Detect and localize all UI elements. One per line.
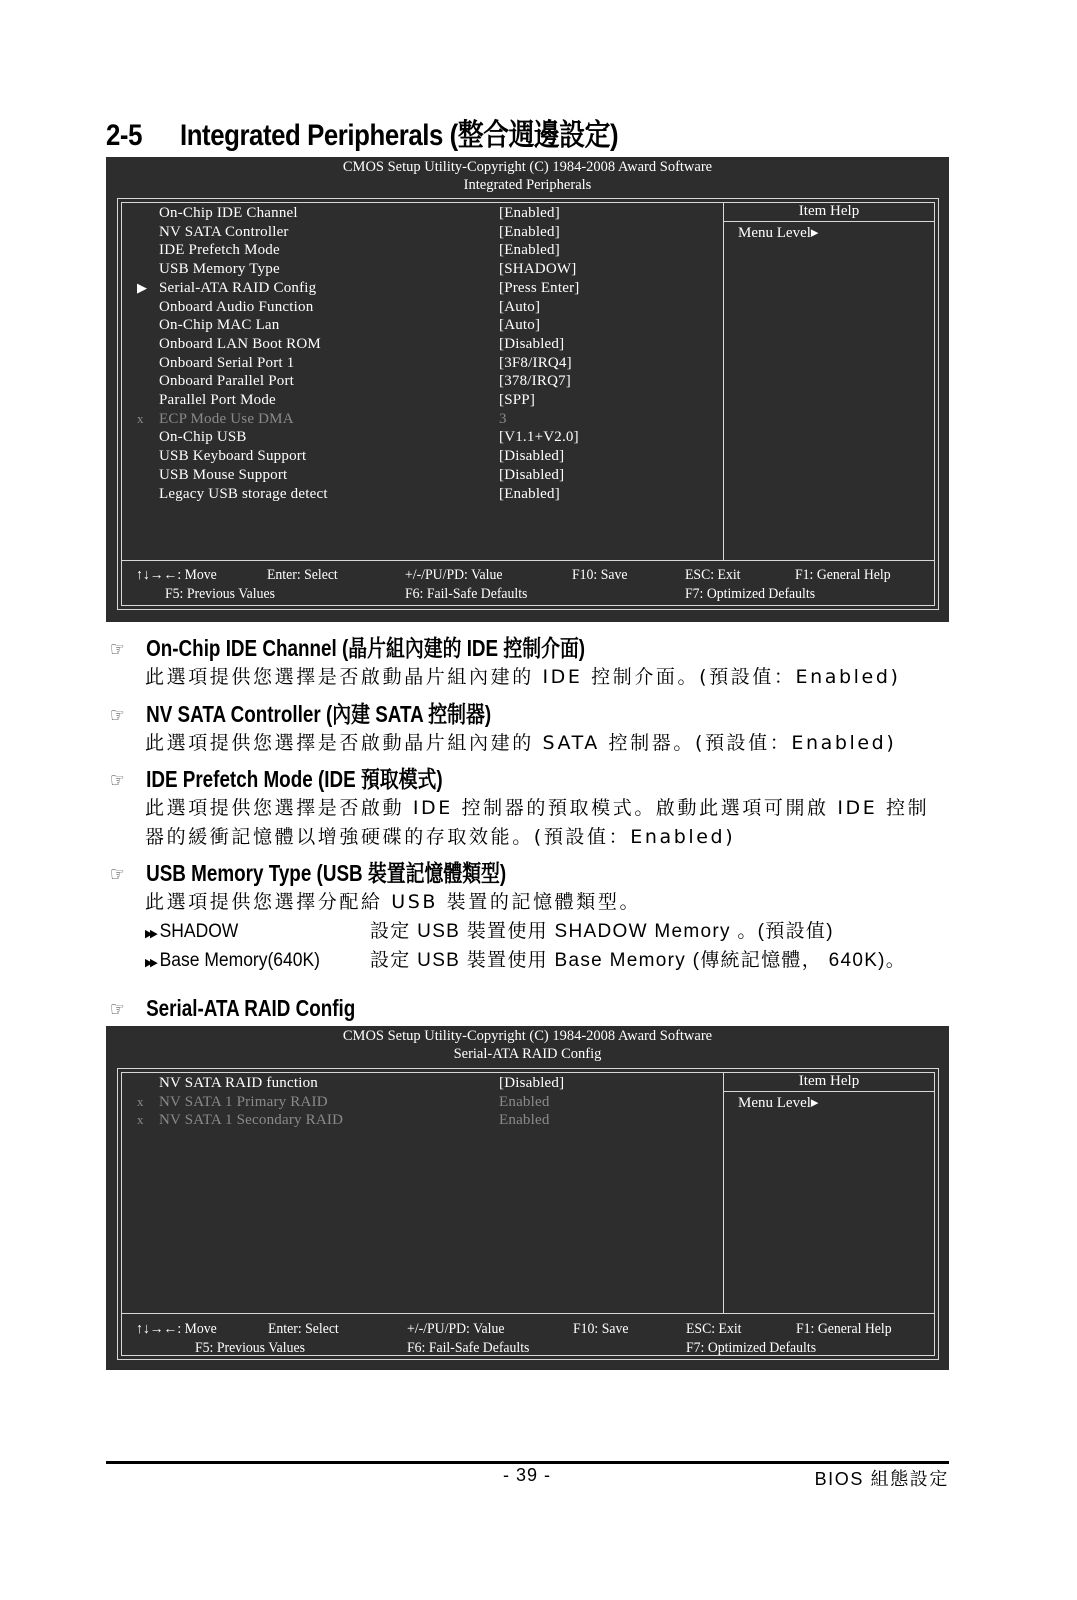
setting-value[interactable]: [Enabled] — [499, 241, 560, 259]
key-fail-safe: F6: Fail-Safe Defaults — [407, 1340, 529, 1357]
setting-value[interactable]: [Auto] — [499, 298, 540, 316]
bios-copyright: CMOS Setup Utility-Copyright (C) 1984-20… — [106, 158, 949, 176]
help-title-rule — [724, 1091, 934, 1092]
help-title-rule — [724, 221, 934, 222]
setting-label: USB Keyboard Support — [159, 447, 306, 465]
bios-setting-row[interactable]: IDE Prefetch Mode[Enabled] — [122, 241, 720, 260]
option-base-memory: ▶▶Base Memory(640K)設定 USB 裝置使用 Base Memo… — [145, 945, 906, 972]
bios-setting-row: xNV SATA 1 Secondary RAIDEnabled — [122, 1111, 720, 1130]
section-heading-nv-sata: ☞NV SATA Controller (內建 SATA 控制器) — [110, 696, 491, 729]
bios-setting-row[interactable]: Parallel Port Mode[SPP] — [122, 391, 720, 410]
bios-setting-row[interactable]: USB Keyboard Support[Disabled] — [122, 447, 720, 466]
setting-value[interactable]: [Enabled] — [499, 223, 560, 241]
hand-pointer-icon: ☞ — [110, 997, 146, 1022]
setting-label: USB Mouse Support — [159, 466, 287, 484]
setting-value[interactable]: [Disabled] — [499, 447, 564, 465]
setting-value[interactable]: [Enabled] — [499, 485, 560, 503]
disabled-marker: x — [137, 410, 149, 428]
bios-frame: Item Help Menu Level▸ NV SATA RAID funct… — [117, 1068, 939, 1360]
hand-pointer-icon: ☞ — [110, 862, 146, 887]
section-heading-ide-prefetch: ☞IDE Prefetch Mode (IDE 預取模式) — [110, 761, 443, 794]
bios-setting-row[interactable]: On-Chip USB[V1.1+V2.0] — [122, 428, 720, 447]
setting-label: ECP Mode Use DMA — [159, 410, 294, 428]
section-body-ide-prefetch-line2: 器的緩衝記憶體以增強硬碟的存取效能。(預設值：Enabled) — [145, 822, 735, 849]
key-move: ↑↓→←: Move — [136, 1321, 217, 1338]
key-value: +/-/PU/PD: Value — [405, 567, 502, 584]
setting-value[interactable]: [378/IRQ7] — [499, 372, 571, 390]
hand-pointer-icon: ☞ — [110, 637, 146, 662]
double-arrow-icon: ▶▶ — [145, 928, 155, 940]
setting-label: Onboard Serial Port 1 — [159, 354, 294, 372]
double-arrow-icon: ▶▶ — [145, 957, 155, 969]
setting-value: Enabled — [499, 1111, 550, 1129]
bios-inner-frame: Item Help Menu Level▸ On-Chip IDE Channe… — [121, 202, 935, 606]
key-value: +/-/PU/PD: Value — [407, 1321, 504, 1338]
submenu-arrow-icon: ▶ — [137, 279, 149, 297]
section-heading-usb-memory: ☞USB Memory Type (USB 裝置記憶體類型) — [110, 855, 506, 888]
key-save: F10: Save — [573, 1321, 628, 1338]
setting-label: Legacy USB storage detect — [159, 485, 328, 503]
keys-divider — [122, 560, 934, 561]
setting-label: NV SATA 1 Secondary RAID — [159, 1111, 343, 1129]
hand-pointer-icon: ☞ — [110, 768, 146, 793]
bios-screen-sata-raid: CMOS Setup Utility-Copyright (C) 1984-20… — [106, 1026, 949, 1370]
key-exit: ESC: Exit — [685, 567, 741, 584]
bios-setting-row[interactable]: Legacy USB storage detect[Enabled] — [122, 485, 720, 504]
setting-label: Serial-ATA RAID Config — [159, 279, 316, 297]
setting-label: Onboard Audio Function — [159, 298, 313, 316]
bios-setting-row[interactable]: Onboard LAN Boot ROM[Disabled] — [122, 335, 720, 354]
help-divider — [723, 203, 724, 560]
setting-label: NV SATA RAID function — [159, 1074, 318, 1092]
section-title: Integrated Peripherals (整合週邊設定) — [180, 119, 618, 152]
setting-value[interactable]: [Disabled] — [499, 1074, 564, 1092]
bios-setting-row[interactable]: NV SATA Controller[Enabled] — [122, 223, 720, 242]
bios-setting-row[interactable]: NV SATA RAID function[Disabled] — [122, 1074, 720, 1093]
key-select: Enter: Select — [268, 1321, 339, 1338]
section-heading-onchip-ide: ☞On-Chip IDE Channel (晶片組內建的 IDE 控制介面) — [110, 630, 585, 663]
setting-value[interactable]: [Enabled] — [499, 204, 560, 222]
setting-value[interactable]: [Disabled] — [499, 466, 564, 484]
bios-frame: Item Help Menu Level▸ On-Chip IDE Channe… — [117, 198, 939, 610]
section-body-nv-sata: 此選項提供您選擇是否啟動晶片組內建的 SATA 控制器。(預設值：Enabled… — [145, 728, 896, 755]
key-select: Enter: Select — [267, 567, 338, 584]
section-body-onchip-ide: 此選項提供您選擇是否啟動晶片組內建的 IDE 控制介面。(預設值：Enabled… — [145, 662, 901, 689]
bios-setting-row[interactable]: On-Chip MAC Lan[Auto] — [122, 316, 720, 335]
page-title: 2-5Integrated Peripherals (整合週邊設定) — [106, 110, 618, 154]
bios-setting-row[interactable]: Onboard Audio Function[Auto] — [122, 298, 720, 317]
bios-setting-row[interactable]: USB Memory Type[SHADOW] — [122, 260, 720, 279]
setting-label: USB Memory Type — [159, 260, 280, 278]
bios-screen-integrated-peripherals: CMOS Setup Utility-Copyright (C) 1984-20… — [106, 157, 949, 622]
key-general-help: F1: General Help — [795, 567, 891, 584]
hand-pointer-icon: ☞ — [110, 703, 146, 728]
bios-setting-row[interactable]: On-Chip IDE Channel[Enabled] — [122, 204, 720, 223]
key-move: ↑↓→←: Move — [136, 567, 217, 584]
help-divider — [723, 1073, 724, 1313]
key-optimized: F7: Optimized Defaults — [685, 586, 815, 603]
disabled-marker: x — [137, 1111, 149, 1129]
key-save: F10: Save — [572, 567, 627, 584]
setting-label: Onboard Parallel Port — [159, 372, 294, 390]
bios-header: CMOS Setup Utility-Copyright (C) 1984-20… — [106, 1026, 949, 1063]
setting-value: 3 — [499, 410, 507, 428]
setting-label: NV SATA Controller — [159, 223, 289, 241]
menu-level: Menu Level▸ — [738, 223, 818, 242]
setting-value[interactable]: [V1.1+V2.0] — [499, 428, 579, 446]
item-help-title: Item Help — [724, 203, 934, 220]
setting-value[interactable]: [SHADOW] — [499, 260, 576, 278]
section-body-ide-prefetch-line1: 此選項提供您選擇是否啟動 IDE 控制器的預取模式。啟動此選項可開啟 IDE 控… — [145, 793, 929, 820]
setting-value[interactable]: [Press Enter] — [499, 279, 580, 297]
disabled-marker: x — [137, 1093, 149, 1111]
key-previous-values: F5: Previous Values — [195, 1340, 305, 1357]
page-number: - 39 - — [503, 1465, 551, 1486]
key-optimized: F7: Optimized Defaults — [686, 1340, 816, 1357]
key-fail-safe: F6: Fail-Safe Defaults — [405, 586, 527, 603]
bios-screen-title: Serial-ATA RAID Config — [106, 1045, 949, 1063]
setting-label: On-Chip USB — [159, 428, 247, 446]
bios-setting-row: xECP Mode Use DMA3 — [122, 410, 720, 429]
option-shadow: ▶▶SHADOW設定 USB 裝置使用 SHADOW Memory 。(預設值) — [145, 916, 834, 943]
bios-setting-row[interactable]: USB Mouse Support[Disabled] — [122, 466, 720, 485]
setting-value[interactable]: [SPP] — [499, 391, 535, 409]
setting-label: Parallel Port Mode — [159, 391, 276, 409]
item-help-title: Item Help — [724, 1073, 934, 1090]
setting-label: NV SATA 1 Primary RAID — [159, 1093, 328, 1111]
key-exit: ESC: Exit — [686, 1321, 742, 1338]
key-general-help: F1: General Help — [796, 1321, 892, 1338]
bios-setting-row[interactable]: ▶Serial-ATA RAID Config[Press Enter] — [122, 279, 720, 298]
footer-rule — [106, 1461, 949, 1464]
section-number: 2-5 — [106, 119, 180, 153]
bios-copyright: CMOS Setup Utility-Copyright (C) 1984-20… — [106, 1027, 949, 1045]
menu-level: Menu Level▸ — [738, 1093, 818, 1112]
bios-inner-frame: Item Help Menu Level▸ NV SATA RAID funct… — [121, 1072, 935, 1356]
setting-label: On-Chip IDE Channel — [159, 204, 298, 222]
setting-value[interactable]: [Disabled] — [499, 335, 564, 353]
bios-setting-row[interactable]: Onboard Parallel Port[378/IRQ7] — [122, 372, 720, 391]
setting-value[interactable]: [3F8/IRQ4] — [499, 354, 572, 372]
key-previous-values: F5: Previous Values — [165, 586, 275, 603]
keys-divider — [122, 1313, 934, 1314]
bios-header: CMOS Setup Utility-Copyright (C) 1984-20… — [106, 157, 949, 194]
setting-label: IDE Prefetch Mode — [159, 241, 280, 259]
bios-setting-row[interactable]: Onboard Serial Port 1[3F8/IRQ4] — [122, 354, 720, 373]
bios-setting-row: xNV SATA 1 Primary RAIDEnabled — [122, 1093, 720, 1112]
setting-value: Enabled — [499, 1093, 550, 1111]
bios-screen-title: Integrated Peripherals — [106, 176, 949, 194]
setting-label: On-Chip MAC Lan — [159, 316, 280, 334]
setting-value[interactable]: [Auto] — [499, 316, 540, 334]
section-heading-sata-raid: ☞Serial-ATA RAID Config — [110, 995, 355, 1022]
section-body-usb-memory: 此選項提供您選擇分配給 USB 裝置的記憶體類型。 — [145, 887, 641, 914]
setting-label: Onboard LAN Boot ROM — [159, 335, 321, 353]
footer-chapter: BIOS 組態設定 — [815, 1465, 949, 1491]
